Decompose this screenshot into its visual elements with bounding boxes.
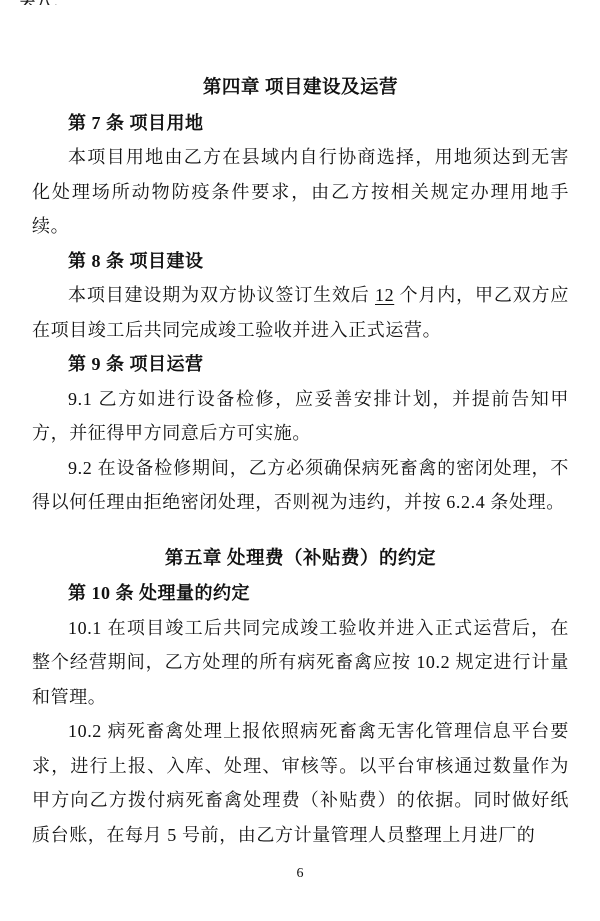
article-7-body: 本项目用地由乙方在县域内自行协商选择，用地须达到无害化处理场所动物防疫条件要求，… xyxy=(32,140,569,244)
page-number: 6 xyxy=(0,866,600,882)
chapter-5-title: 第五章 处理费（补贴费）的约定 xyxy=(32,542,569,577)
article-8-body: 本项目建设期为双方协议签订生效后 12 个月内，甲乙双方应在项目竣工后共同完成竣… xyxy=(32,278,569,347)
article-8-body-before: 本项目建设期为双方协议签订生效后 xyxy=(68,285,375,305)
scan-artifact-text: 去八. xyxy=(20,0,60,5)
article-9-heading: 第 9 条 项目运营 xyxy=(32,347,569,382)
document-page: 去八. 第四章 项目建设及运营 第 7 条 项目用地 本项目用地由乙方在县域内自… xyxy=(0,0,600,921)
clause-10-2: 10.2 病死畜禽处理上报依照病死畜禽无害化管理信息平台要求，进行上报、入库、处… xyxy=(32,714,569,852)
article-8-heading: 第 8 条 项目建设 xyxy=(32,244,569,279)
article-8-months-underlined: 12 xyxy=(375,285,394,305)
article-7-heading: 第 7 条 项目用地 xyxy=(32,106,569,141)
clause-9-1: 9.1 乙方如进行设备检修，应妥善安排计划，并提前告知甲方，并征得甲方同意后方可… xyxy=(32,382,569,451)
document-content: 第四章 项目建设及运营 第 7 条 项目用地 本项目用地由乙方在县域内自行协商选… xyxy=(32,71,569,852)
clause-9-2: 9.2 在设备检修期间，乙方必须确保病死畜禽的密闭处理，不得以何任理由拒绝密闭处… xyxy=(32,451,569,520)
article-10-heading: 第 10 条 处理量的约定 xyxy=(32,576,569,611)
chapter-4-title: 第四章 项目建设及运营 xyxy=(32,71,569,106)
clause-10-1: 10.1 在项目竣工后共同完成竣工验收并进入正式运营后，在整个经营期间，乙方处理… xyxy=(32,611,569,715)
